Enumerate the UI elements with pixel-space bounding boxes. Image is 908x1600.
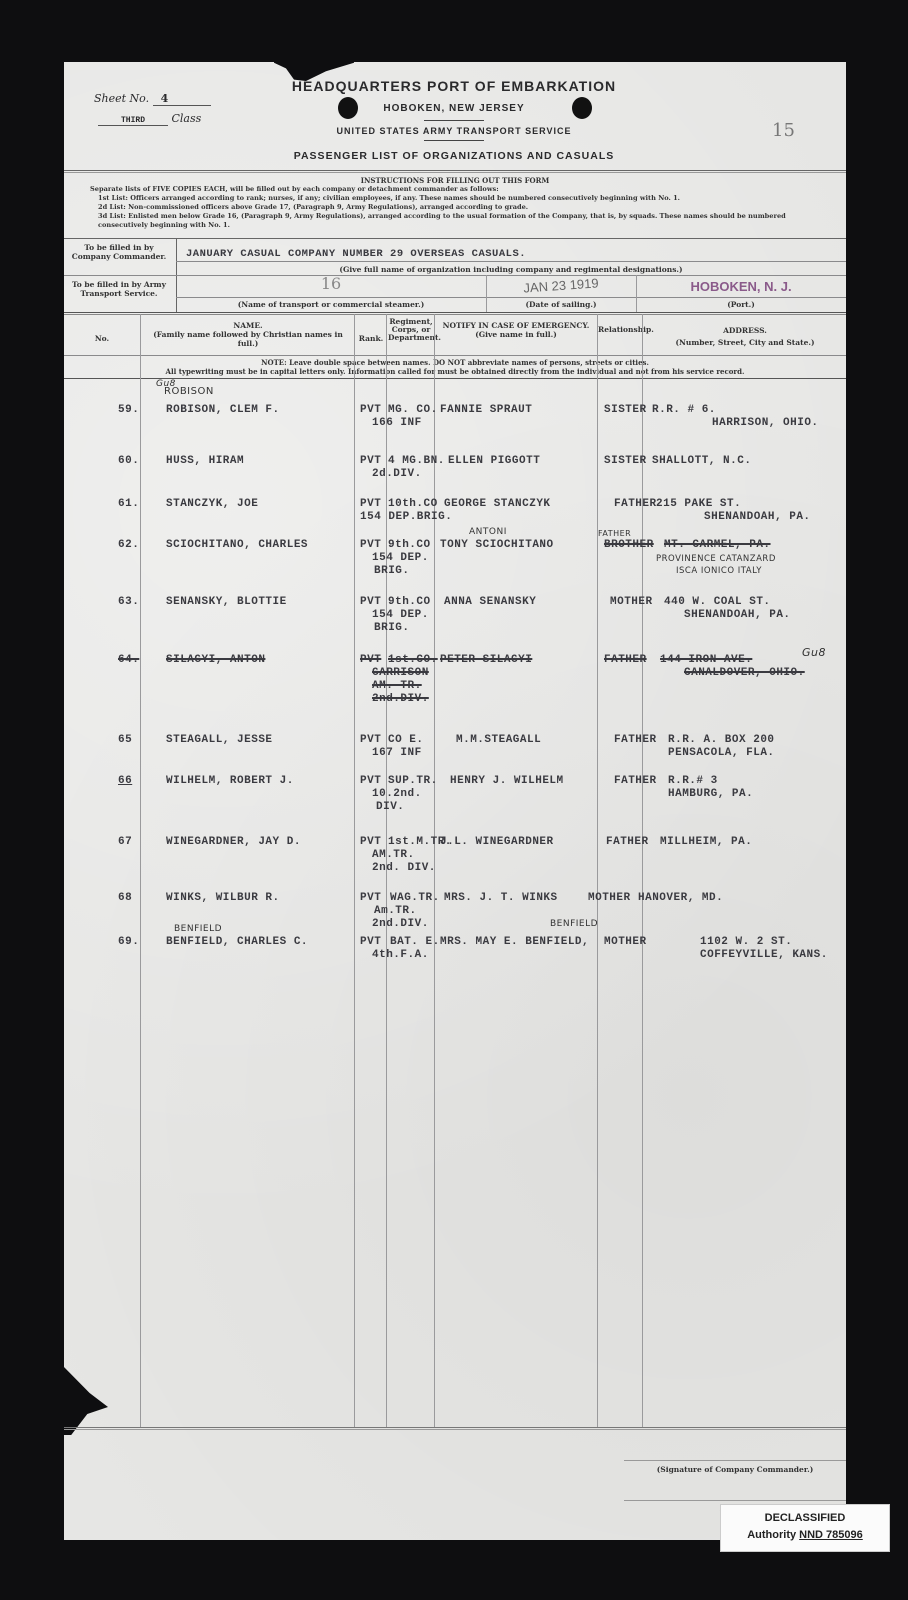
regiment: WAG.TR.: [390, 892, 440, 904]
regiment: MG. CO.: [388, 404, 438, 416]
passenger-name: STANCZYK, JOE: [166, 498, 258, 510]
emergency-contact: HENRY J. WILHELM: [450, 775, 564, 787]
passenger-name: WINEGARDNER, JAY D.: [166, 836, 301, 848]
divider: [64, 355, 846, 356]
relationship: SISTER: [604, 404, 647, 416]
column-header-rank: Rank.: [356, 334, 386, 343]
passenger-name: STEAGALL, JESSE: [166, 734, 273, 746]
divider: [64, 170, 846, 171]
regiment-line-3: AM. TR. 2nd.DIV.: [372, 680, 442, 706]
paper-tear: [62, 1365, 108, 1435]
regiment-line-2: 166 INF: [372, 417, 422, 429]
table-note: NOTE: Leave double space between names. …: [64, 358, 846, 376]
organization-name: JANUARY CASUAL COMPANY NUMBER 29 OVERSEA…: [186, 248, 526, 260]
column-header-name: NAME. (Family name followed by Christian…: [142, 321, 354, 348]
emergency-contact: MRS. MAY E. BENFIELD,: [440, 936, 589, 948]
handwritten-correction: ANTONI: [469, 527, 507, 537]
row-number: 66: [118, 775, 132, 787]
handwritten-initials: Gu8: [156, 379, 176, 389]
passenger-name: WINKS, WILBUR R.: [166, 892, 280, 904]
address-line-1: 1102 W. 2 ST.: [700, 936, 792, 948]
passenger-name: BENFIELD, CHARLES C.: [166, 936, 308, 948]
regiment: 4 MG.BN.: [388, 455, 445, 467]
rank: PVT: [360, 539, 381, 551]
passenger-name: WILHELM, ROBERT J.: [166, 775, 294, 787]
handwritten-address: ISCA IONICO ITALY: [676, 566, 762, 576]
emergency-contact: J.L. WINEGARDNER: [440, 836, 554, 848]
emergency-contact: TONY SCIOCHITANO: [440, 539, 554, 551]
address-line-1: 215 PAKE ST.: [656, 498, 741, 510]
regiment-line-3: BRIG.: [374, 565, 410, 577]
regiment: SUP.TR.: [388, 775, 438, 787]
class-value: THIRD: [98, 116, 168, 126]
passenger-name: ROBISON, CLEM F.: [166, 404, 280, 416]
column-header-relationship: Relationship.: [598, 325, 642, 335]
passenger-name: SENANSKY, BLOTTIE: [166, 596, 287, 608]
handwritten-correction: FATHER: [598, 529, 631, 538]
column-rule: [597, 314, 598, 1428]
rank: PVT: [360, 936, 381, 948]
sailing-date-stamp: JAN 23 1919: [486, 273, 637, 298]
rank-line: [624, 1500, 846, 1501]
column-header-address: ADDRESS. (Number, Street, City and State…: [644, 325, 846, 349]
address-header-title: ADDRESS.: [644, 325, 846, 337]
emergency-contact: GEORGE STANCZYK: [444, 498, 551, 510]
relationship: FATHER: [614, 775, 657, 787]
declassified-label: DECLASSIFIED: [721, 1512, 889, 1524]
column-header-notify: NOTIFY IN CASE OF EMERGENCY. (Give name …: [436, 321, 596, 339]
regiment: 1st.CO.: [388, 654, 438, 666]
name-header-title: NAME.: [142, 321, 354, 330]
divider: [64, 172, 846, 173]
regiment-line-3: BRIG.: [374, 622, 410, 634]
relationship: FATHER: [614, 734, 657, 746]
address-line-1: R.R. A. BOX 200: [668, 734, 775, 746]
class-field: THIRD Class: [98, 112, 201, 126]
authority-value: NND 785096: [799, 1529, 863, 1541]
regiment: 9th.CO: [388, 596, 431, 608]
column-header-no: No.: [64, 334, 140, 343]
instructions-list-3: 3d List: Enlisted men below Grade 16, (P…: [90, 212, 830, 230]
row-number: 65: [118, 734, 132, 746]
address-line-1: R.R.# 3: [668, 775, 718, 787]
handwritten-address: PROVINENCE CATANZARD: [656, 554, 776, 564]
address-line-2: CANALDOVER, OHIO.: [684, 667, 805, 679]
regiment-line-3: 2nd.DIV.: [372, 918, 429, 930]
emergency-contact: M.M.STEAGALL: [456, 734, 541, 746]
regiment: 10th.CO: [388, 498, 438, 510]
row-number: 60.: [118, 455, 139, 467]
emergency-contact: PETER SILAGYI: [440, 654, 532, 666]
regiment-line-2: 154 DEP.: [372, 609, 429, 621]
passenger-name: SILAGYI, ANTON: [166, 654, 265, 666]
address-line-1: SHALLOTT, N.C.: [652, 455, 751, 467]
note-line-1: NOTE: Leave double space between names. …: [64, 358, 846, 367]
handwritten-correction: BENFIELD: [550, 919, 598, 929]
address-line-2: SHENANDOAH, PA.: [684, 609, 791, 621]
column-rule: [354, 314, 355, 1428]
passenger-name: HUSS, HIRAM: [166, 455, 244, 467]
address-header-sub: (Number, Street, City and State.): [644, 337, 846, 349]
address-line-2: COFFEYVILLE, KANS.: [700, 949, 828, 961]
row-number: 62.: [118, 539, 139, 551]
row-number: 68: [118, 892, 132, 904]
relationship: FATHER: [614, 498, 657, 510]
regiment-line-3: DIV.: [376, 801, 404, 813]
transport-section-label: To be filled in by Army Transport Servic…: [64, 280, 174, 298]
address-line-1: 440 W. COAL ST.: [664, 596, 771, 608]
address-line-2: SHENANDOAH, PA.: [704, 511, 811, 523]
address-line-1: HANOVER, MD.: [638, 892, 723, 904]
regiment-line-3: 2nd. DIV.: [372, 862, 436, 874]
emergency-contact: ANNA SENANSKY: [444, 596, 536, 608]
regiment-line-2: 10.2nd.: [372, 788, 422, 800]
form-service: UNITED STATES ARMY TRANSPORT SERVICE: [214, 126, 694, 136]
sheet-number: 4: [153, 92, 211, 106]
divider: [64, 1427, 846, 1428]
company-section-label: To be filled in by Company Commander.: [64, 243, 174, 261]
divider: [424, 120, 484, 121]
authority-label: Authority: [747, 1529, 796, 1541]
form-title: HEADQUARTERS PORT OF EMBARKATION: [214, 78, 694, 94]
rank: PVT: [360, 596, 381, 608]
passenger-name: SCIOCHITANO, CHARLES: [166, 539, 308, 551]
port-caption: (Port.): [636, 300, 846, 309]
column-header-regiment: Regiment, Corps, or Department.: [388, 318, 434, 342]
column-rule: [642, 314, 643, 1428]
port-stamp: HOBOKEN, N. J.: [636, 279, 846, 294]
regiment-line-2: 154 DEP.: [372, 552, 429, 564]
address-line-1: MILLHEIM, PA.: [660, 836, 752, 848]
emergency-contact: MRS. J. T. WINKS: [444, 892, 558, 904]
name-header-sub: (Family name followed by Christian names…: [142, 330, 354, 348]
emergency-contact: FANNIE SPRAUT: [440, 404, 532, 416]
organization-caption: (Give full name of organization includin…: [176, 265, 846, 274]
divider: [64, 1429, 846, 1430]
rank: PVT: [360, 654, 381, 666]
sheet-label: Sheet No.: [94, 92, 149, 105]
form-location: HOBOKEN, NEW JERSEY: [214, 103, 694, 114]
divider: [176, 297, 846, 298]
instructions-intro: Separate lists of FIVE COPIES EACH, will…: [90, 185, 830, 194]
emergency-contact: ELLEN PIGGOTT: [448, 455, 540, 467]
row-number: 61.: [118, 498, 139, 510]
regiment-line-2: 4th.F.A.: [372, 949, 429, 961]
instructions-heading: INSTRUCTIONS FOR FILLING OUT THIS FORM: [64, 176, 846, 185]
rank: PVT: [360, 498, 381, 510]
rank: PVT: [360, 734, 381, 746]
rank: PVT: [360, 404, 381, 416]
instructions-body: Separate lists of FIVE COPIES EACH, will…: [90, 185, 830, 230]
regiment-line-2: AM.TR.: [372, 849, 415, 861]
relationship: MOTHER: [610, 596, 653, 608]
handwritten-initials: Gu8: [802, 646, 826, 659]
divider: [64, 378, 846, 379]
divider: [424, 140, 484, 141]
rank: PVT: [360, 836, 381, 848]
rank: PVT: [360, 892, 381, 904]
rank: PVT: [360, 455, 381, 467]
address-line-1: R.R. # 6.: [652, 404, 716, 416]
declassified-stamp: DECLASSIFIED Authority NND 785096: [720, 1504, 890, 1552]
instructions-list-1: 1st List: Officers arranged according to…: [90, 194, 830, 203]
notify-header-title: NOTIFY IN CASE OF EMERGENCY.: [436, 321, 596, 330]
regiment: BAT. E.: [390, 936, 440, 948]
row-number: 59.: [118, 404, 139, 416]
regiment-line-2: 154 DEP.BRIG.: [360, 511, 452, 523]
transport-number: 16: [176, 274, 486, 293]
signature-line: [624, 1460, 846, 1461]
list-title: PASSENGER LIST OF ORGANIZATIONS AND CASU…: [214, 150, 694, 162]
regiment-line-2: 2d.DIV.: [372, 468, 422, 480]
row-number: 64.: [118, 654, 139, 666]
page-number: 15: [772, 120, 795, 141]
address-line-2: HARRISON, OHIO.: [712, 417, 819, 429]
note-line-2: All typewriting must be in capital lette…: [64, 367, 846, 376]
row-number: 63.: [118, 596, 139, 608]
rank: PVT: [360, 775, 381, 787]
relationship: SISTER: [604, 455, 647, 467]
regiment-line-2: Am.TR.: [374, 905, 417, 917]
relationship: MOTHER: [604, 936, 647, 948]
address-line-2: PENSACOLA, FLA.: [668, 747, 775, 759]
row-number: 69.: [118, 936, 139, 948]
notify-header-sub: (Give name in full.): [436, 330, 596, 339]
address-line-2: HAMBURG, PA.: [668, 788, 753, 800]
class-label: Class: [172, 112, 202, 125]
signature-caption: (Signature of Company Commander.): [624, 1465, 846, 1474]
divider: [176, 261, 846, 262]
relationship: FATHER: [604, 654, 647, 666]
row-number: 67: [118, 836, 132, 848]
divider: [64, 238, 846, 239]
address-line-1: 144 IRON AVE.: [660, 654, 752, 666]
regiment: 9th.CO: [388, 539, 431, 551]
address-line-1: MT. CARMEL, PA.: [664, 539, 771, 551]
relationship: FATHER: [606, 836, 649, 848]
transport-caption: (Name of transport or commercial steamer…: [176, 300, 486, 309]
date-caption: (Date of sailing.): [486, 300, 636, 309]
sheet-number-field: Sheet No. 4: [94, 92, 211, 106]
column-rule: [140, 314, 141, 1428]
regiment: CO E.: [388, 734, 424, 746]
regiment-line-2: GARRISON: [372, 667, 429, 679]
handwritten-correction: BENFIELD: [174, 924, 222, 934]
divider: [64, 312, 846, 313]
instructions-list-2: 2d List: Non-commissioned officers above…: [90, 203, 830, 212]
regiment-line-2: 167 INF: [372, 747, 422, 759]
relationship: BROTHER: [604, 539, 654, 551]
relationship: MOTHER: [588, 892, 631, 904]
passenger-list-form: Sheet No. 4 THIRD Class HEADQUARTERS POR…: [64, 62, 846, 1540]
divider: [64, 314, 846, 315]
